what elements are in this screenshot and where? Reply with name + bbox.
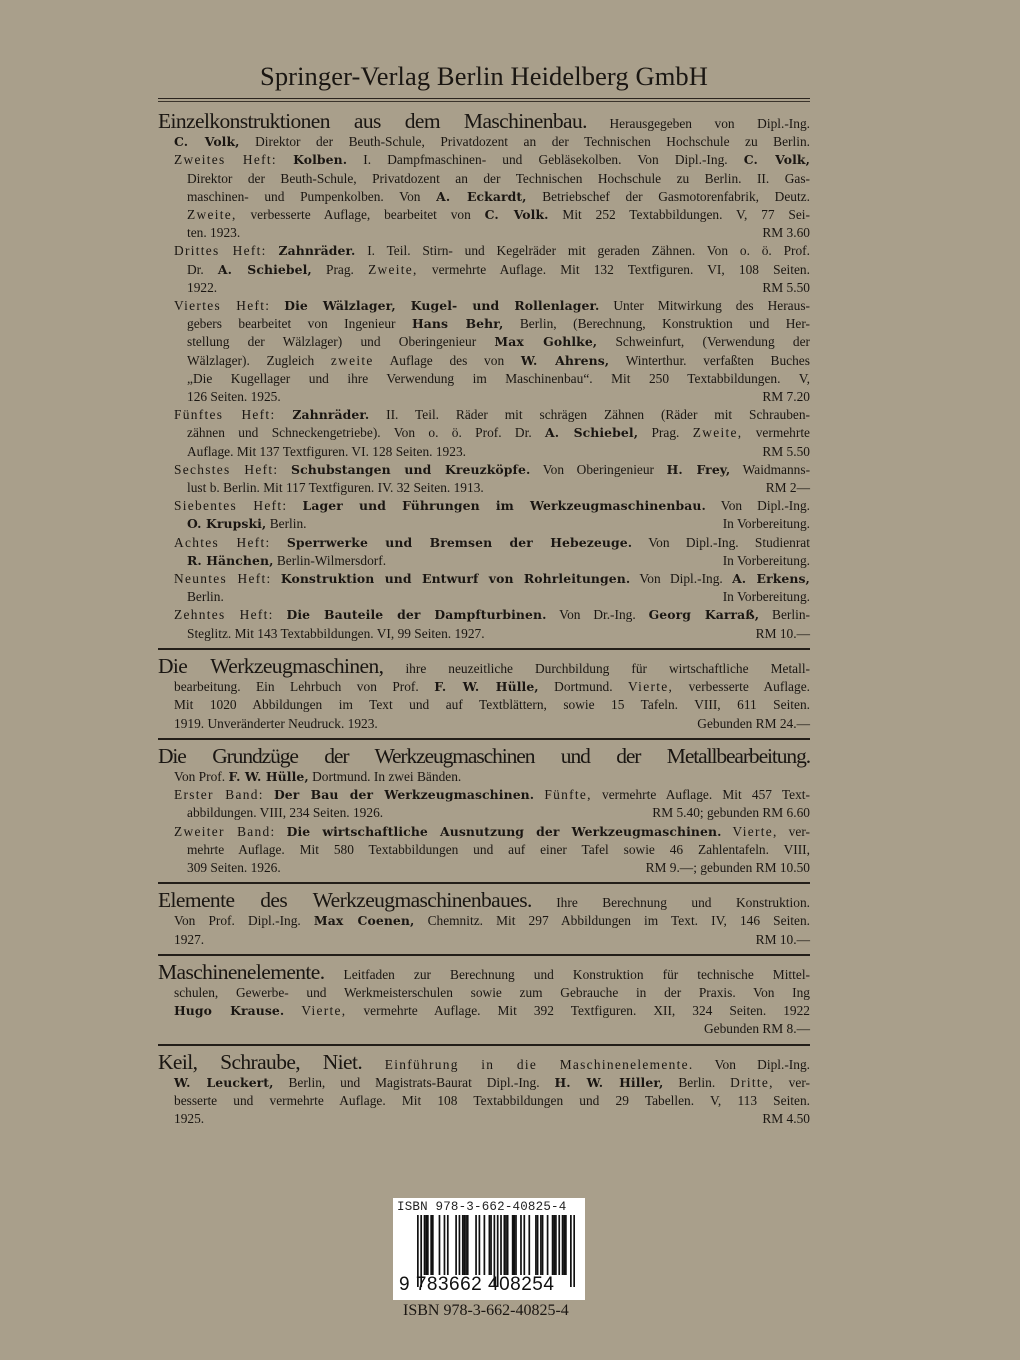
entry-title: Maschinenelemente.: [158, 960, 325, 984]
price: RM 2—: [766, 479, 810, 497]
price: RM 5.40; gebunden RM 6.60: [652, 804, 810, 822]
heft-10: Zehntes Heft: Die Bauteile der Dampfturb…: [158, 606, 810, 642]
heft-7: Siebentes Heft: Lager und Führungen im W…: [158, 497, 810, 533]
heft-9: Neuntes Heft: Konstruktion und Entwurf v…: [158, 570, 810, 606]
entry-title: Die Grundzüge der Werkzeugmaschinen und …: [158, 744, 810, 768]
price: RM 4.50: [762, 1110, 810, 1128]
heft-5: Fünftes Heft: Zahnräder. II. Teil. Räder…: [158, 406, 810, 461]
price: Gebunden RM 24.—: [697, 715, 810, 733]
divider: [158, 954, 810, 956]
entry-grundzuege: Die Grundzüge der Werkzeugmaschinen und …: [158, 747, 810, 877]
divider: [158, 648, 810, 650]
isbn-barcode-label: ISBN 978-3-662-40825-4: [397, 1200, 566, 1214]
header-double-rule: [158, 98, 810, 102]
heft-2: Zweites Heft: Kolben. I. Dampfmaschinen-…: [158, 151, 810, 242]
price: RM 5.50: [762, 279, 810, 297]
isbn-text: ISBN 978-3-662-40825-4: [403, 1302, 569, 1320]
divider: [158, 738, 810, 740]
price: RM 10.—: [756, 931, 810, 949]
entry-title: Elemente des Werkzeugmaschinenbaues.: [158, 888, 532, 912]
heft-8: Achtes Heft: Sperrwerke und Bremsen der …: [158, 534, 810, 570]
heft-6: Sechstes Heft: Schubstangen und Kreuzköp…: [158, 461, 810, 497]
heft-4: Viertes Heft: Die Wälzlager, Kugel- und …: [158, 297, 810, 406]
entry-werkzeugmaschinen: Die Werkzeugmaschinen, ihre neuzeitliche…: [158, 657, 810, 733]
price: RM 3.60: [762, 224, 810, 242]
price: RM 9.—; gebunden RM 10.50: [646, 859, 810, 877]
price: RM 5.50: [762, 443, 810, 461]
divider: [158, 882, 810, 884]
entry-title: Die Werkzeugmaschinen,: [158, 654, 383, 678]
divider: [158, 1044, 810, 1046]
catalog-page: Springer-Verlag Berlin Heidelberg GmbH E…: [158, 58, 810, 1128]
entry-title: Einzelkonstruktionen aus dem Maschinenba…: [158, 109, 587, 133]
heft-3: Drittes Heft: Zahnräder. I. Teil. Stirn-…: [158, 242, 810, 297]
publisher-heading: Springer-Verlag Berlin Heidelberg GmbH: [158, 58, 810, 94]
entry-maschinenelemente: Maschinenelemente. Leitfaden zur Berechn…: [158, 963, 810, 1039]
status: In Vorbereitung.: [723, 588, 810, 606]
entry-elemente: Elemente des Werkzeugmaschinenbaues. Ihr…: [158, 891, 810, 949]
entry-keil-schraube-niet: Keil, Schraube, Niet. Einführung in die …: [158, 1053, 810, 1129]
barcode-digits: 9 783662 408254: [399, 1274, 554, 1296]
isbn-barcode: ISBN 978-3-662-40825-4 9 783662 408254: [393, 1198, 585, 1300]
entry-einzelkonstruktionen: Einzelkonstruktionen aus dem Maschinenba…: [158, 112, 810, 643]
status: In Vorbereitung.: [723, 515, 810, 533]
price: RM 7.20: [762, 388, 810, 406]
price: RM 10.—: [756, 625, 810, 643]
price: Gebunden RM 8.—: [704, 1020, 810, 1038]
status: In Vorbereitung.: [723, 552, 810, 570]
entry-title: Keil, Schraube, Niet.: [158, 1050, 362, 1074]
